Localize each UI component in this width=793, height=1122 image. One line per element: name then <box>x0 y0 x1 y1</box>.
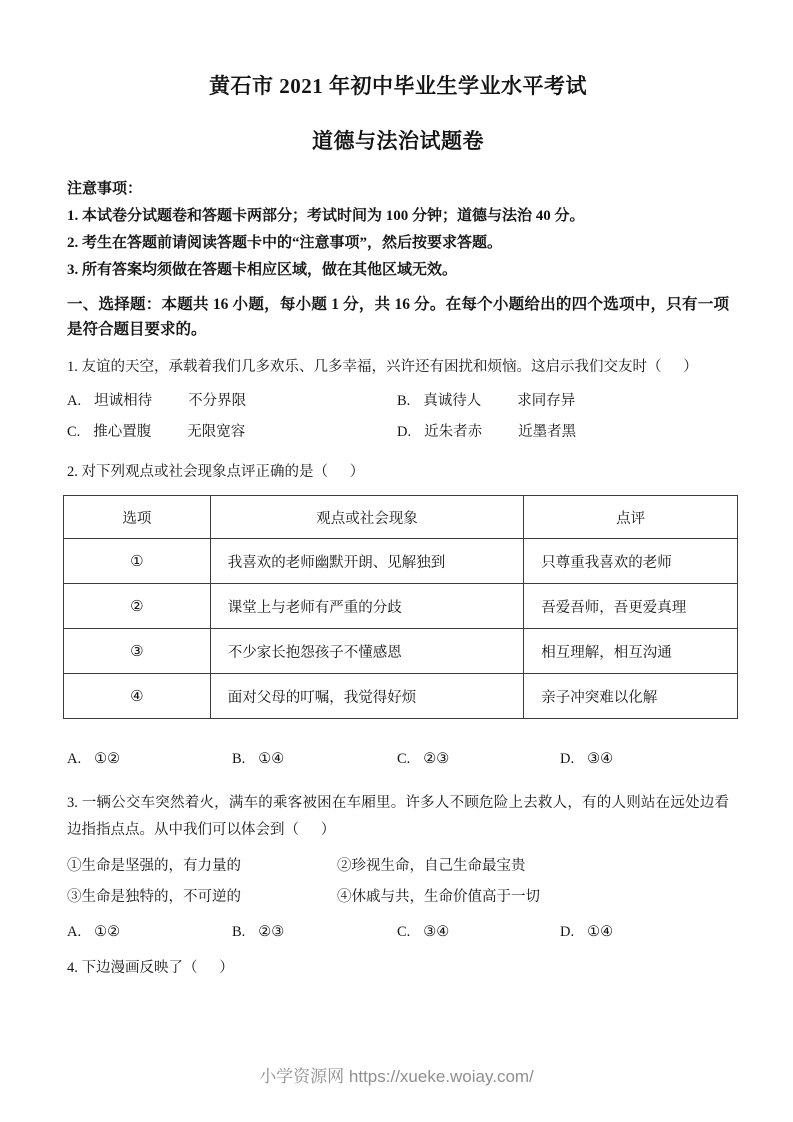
option-d: D.近朱者赤近墨者黑 <box>397 417 729 448</box>
option-text: ③④ <box>423 924 449 940</box>
column-header: 观点或社会现象 <box>210 496 524 539</box>
notice-item: 1. 本试卷分试题卷和答题卡两部分；考试时间为 100 分钟；道德与法治 40 … <box>67 203 729 230</box>
table-cell: 相互理解，相互沟通 <box>524 629 738 674</box>
table-row: ① 我喜欢的老师幽默开朗、见解独到 只尊重我喜欢的老师 <box>64 539 738 584</box>
table-cell: 亲子冲突难以化解 <box>524 674 738 719</box>
exam-content: 黄石市 2021 年初中毕业生学业水平考试 道德与法治试题卷 注意事项： 1. … <box>67 0 729 982</box>
option-c: C.②③ <box>397 744 560 775</box>
notice-item: 3. 所有答案均须做在答题卡相应区域，做在其他区域无效。 <box>67 257 729 284</box>
question-3-subitems: ①生命是坚强的，有力量的 ②珍视生命，自己生命最宝贵 ③生命是独特的，不可逆的 … <box>67 851 729 913</box>
question-2-table: 选项 观点或社会现象 点评 ① 我喜欢的老师幽默开朗、见解独到 只尊重我喜欢的老… <box>63 495 738 719</box>
table-cell: 面对父母的叮嘱，我觉得好烦 <box>210 674 524 719</box>
option-a: A.①② <box>67 744 232 775</box>
option-text: ①② <box>94 924 120 940</box>
option-label: A. <box>67 917 81 948</box>
question-3-stem: 3. 一辆公交车突然着火，满车的乘客被困在车厢里。许多人不顾危险上去救人，有的人… <box>67 790 729 844</box>
table-cell: ② <box>64 584 211 629</box>
option-label: A. <box>67 744 81 775</box>
option-text: 无限宽容 <box>187 424 245 440</box>
option-label: B. <box>397 386 410 417</box>
subitem: ①生命是坚强的，有力量的 <box>67 851 337 882</box>
subitem: ③生命是独特的，不可逆的 <box>67 882 337 913</box>
exam-title: 黄石市 2021 年初中毕业生学业水平考试 <box>67 70 729 100</box>
table-cell: 吾爱吾师，吾更爱真理 <box>524 584 738 629</box>
option-text: 不分界限 <box>188 393 246 409</box>
section-heading: 一、选择题：本题共 16 小题，每小题 1 分，共 16 分。在每个小题给出的四… <box>67 292 729 342</box>
option-c: C.③④ <box>397 917 560 948</box>
option-text: ①④ <box>258 751 284 767</box>
option-label: B. <box>232 744 245 775</box>
option-b: B.真诚待人求同存异 <box>397 386 729 417</box>
option-label: D. <box>560 917 574 948</box>
subitem: ②珍视生命，自己生命最宝贵 <box>337 851 729 882</box>
option-text: 坦诚相待 <box>94 393 152 409</box>
table-cell: ④ <box>64 674 211 719</box>
option-label: C. <box>397 917 410 948</box>
footer-watermark: 小学资源网 https://xueke.woiay.com/ <box>0 1062 793 1087</box>
notice-item: 2. 考生在答题前请阅读答题卡中的“注意事项”，然后按要求答题。 <box>67 230 729 257</box>
table-cell: 不少家长抱怨孩子不懂感恩 <box>210 629 524 674</box>
table-row: ② 课堂上与老师有严重的分歧 吾爱吾师，吾更爱真理 <box>64 584 738 629</box>
question-1-stem: 1. 友谊的天空，承载着我们几多欢乐、几多幸福，兴许还有困扰和烦恼。这启示我们交… <box>67 354 729 381</box>
question-3-options: A.①② B.②③ C.③④ D.①④ <box>67 917 729 948</box>
subitem: ④休戚与共，生命价值高于一切 <box>337 882 729 913</box>
table-cell: 我喜欢的老师幽默开朗、见解独到 <box>210 539 524 584</box>
option-a: A.①② <box>67 917 232 948</box>
exam-subtitle: 道德与法治试题卷 <box>67 125 729 155</box>
option-label: B. <box>232 917 245 948</box>
option-text: 求同存异 <box>517 393 575 409</box>
notices-heading: 注意事项： <box>67 176 729 203</box>
table-cell: 课堂上与老师有严重的分歧 <box>210 584 524 629</box>
option-label: A. <box>67 386 81 417</box>
question-1-options: A.坦诚相待不分界限 B.真诚待人求同存异 C.推心置腹无限宽容 D.近朱者赤近… <box>67 386 729 448</box>
column-header: 点评 <box>524 496 738 539</box>
table-cell: ③ <box>64 629 211 674</box>
option-text: ②③ <box>258 924 284 940</box>
option-text: 真诚待人 <box>423 393 481 409</box>
option-label: D. <box>397 417 411 448</box>
table-row: ④ 面对父母的叮嘱，我觉得好烦 亲子冲突难以化解 <box>64 674 738 719</box>
notices-block: 注意事项： 1. 本试卷分试题卷和答题卡两部分；考试时间为 100 分钟；道德与… <box>67 176 729 284</box>
option-label: C. <box>397 744 410 775</box>
option-label: C. <box>67 417 80 448</box>
table-header-row: 选项 观点或社会现象 点评 <box>64 496 738 539</box>
option-d: D.③④ <box>560 744 729 775</box>
table-cell: ① <box>64 539 211 584</box>
option-c: C.推心置腹无限宽容 <box>67 417 397 448</box>
option-b: B.②③ <box>232 917 397 948</box>
option-text: ①④ <box>587 924 613 940</box>
option-a: A.坦诚相待不分界限 <box>67 386 397 417</box>
option-text: ③④ <box>587 751 613 767</box>
option-text: ①② <box>94 751 120 767</box>
option-label: D. <box>560 744 574 775</box>
option-text: 近墨者黑 <box>518 424 576 440</box>
option-text: 近朱者赤 <box>424 424 482 440</box>
option-text: ②③ <box>423 751 449 767</box>
exam-paper-page: 黄石市 2021 年初中毕业生学业水平考试 道德与法治试题卷 注意事项： 1. … <box>0 0 793 1122</box>
table-row: ③ 不少家长抱怨孩子不懂感恩 相互理解，相互沟通 <box>64 629 738 674</box>
option-b: B.①④ <box>232 744 397 775</box>
option-text: 推心置腹 <box>93 424 151 440</box>
question-2-stem: 2. 对下列观点或社会现象点评正确的是（ ） <box>67 459 729 486</box>
table-cell: 只尊重我喜欢的老师 <box>524 539 738 584</box>
question-2-options: A.①② B.①④ C.②③ D.③④ <box>67 744 729 775</box>
question-4-stem: 4. 下边漫画反映了（ ） <box>67 955 729 982</box>
column-header: 选项 <box>64 496 211 539</box>
option-d: D.①④ <box>560 917 729 948</box>
